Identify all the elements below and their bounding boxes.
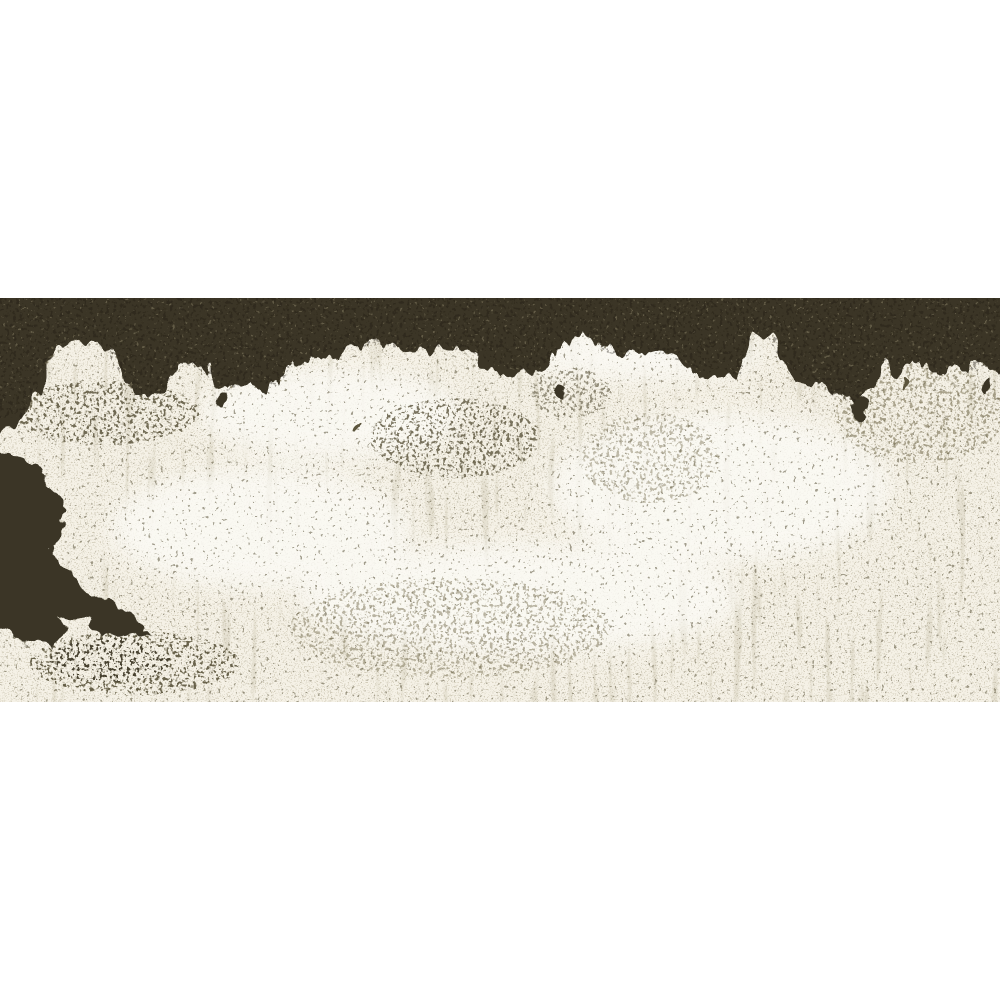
speckle-cluster bbox=[290, 578, 610, 678]
speckle-cluster bbox=[370, 398, 540, 478]
swatch-canvas bbox=[0, 298, 1000, 702]
pigment-drip bbox=[902, 381, 908, 395]
pigment-drip bbox=[352, 421, 358, 431]
page-background bbox=[0, 0, 1000, 1000]
pigment-drip bbox=[561, 381, 569, 399]
speckle-cluster-signature bbox=[50, 638, 170, 682]
pigment-swatch-photo bbox=[0, 298, 1000, 702]
pigment-drip bbox=[217, 389, 227, 407]
pigment-drip bbox=[984, 378, 992, 394]
pigment-drip bbox=[856, 398, 868, 422]
speckle-cluster bbox=[10, 381, 200, 445]
speckle-cluster bbox=[530, 368, 610, 418]
speckle-cluster bbox=[580, 413, 720, 503]
